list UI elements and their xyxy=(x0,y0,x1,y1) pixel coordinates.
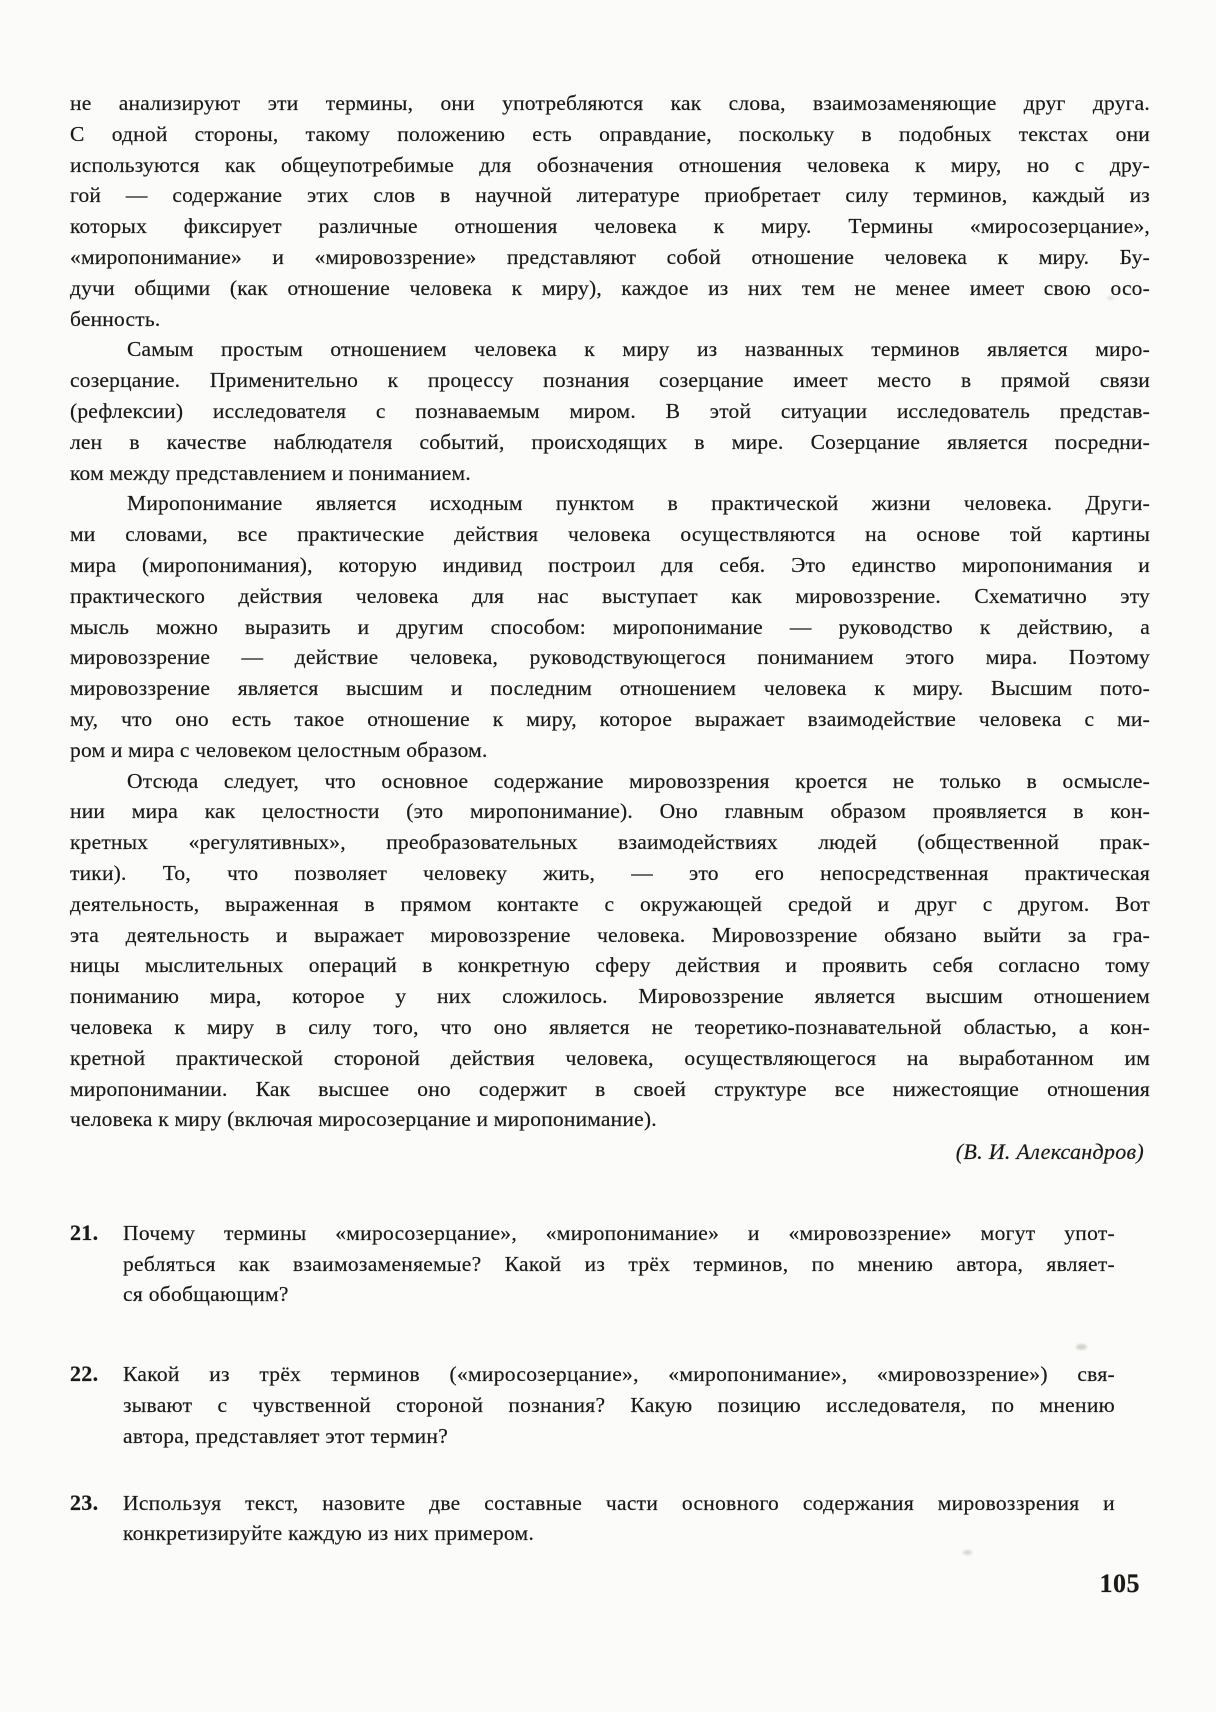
passage-line: Самым простым отношением человека к миру… xyxy=(70,334,1150,365)
passage-line: деятельность, выраженная в прямом контак… xyxy=(70,889,1150,920)
scan-speck xyxy=(1107,296,1114,300)
passage-line: дучи общими (как отношение человека к ми… xyxy=(70,273,1150,304)
passage-author-attribution: (В. И. Александров) xyxy=(70,1137,1150,1168)
scan-speck xyxy=(1076,1344,1087,1350)
passage-line: кретной практической стороной действия ч… xyxy=(70,1043,1150,1074)
question-line: ребляться как взаимозаменяемые? Какой из… xyxy=(123,1249,1115,1280)
passage-line: практического действия человека для нас … xyxy=(70,581,1150,612)
passage-paragraph-3: Миропонимание является исходным пунктом … xyxy=(70,488,1150,765)
question-line: Какой из трёх терминов («миросозерцание»… xyxy=(123,1359,1115,1390)
passage-line: ницы мыслительных операций в конкретную … xyxy=(70,950,1150,981)
passage-line: пониманию мира, которое у них сложилось.… xyxy=(70,981,1150,1012)
passage-line: созерцание. Применительно к процессу поз… xyxy=(70,365,1150,396)
question-line: конкретизируйте каждую из них примером. xyxy=(123,1518,1115,1549)
passage-line: ком между представлением и пониманием. xyxy=(70,458,1150,489)
page-number: 105 xyxy=(70,1569,1150,1599)
passage-paragraph-1: не анализируют эти термины, они употребл… xyxy=(70,88,1150,334)
page-content: не анализируют эти термины, они употребл… xyxy=(70,0,1150,1599)
question-22: 22. Какой из трёх терминов («миросозерца… xyxy=(70,1359,1150,1451)
passage-line: миропонимании. Как высшее оно содержит в… xyxy=(70,1074,1150,1105)
question-line: Почему термины «миросозерцание», «миропо… xyxy=(123,1218,1115,1249)
question-23-text: Используя текст, назовите две составные … xyxy=(123,1488,1115,1550)
passage-paragraph-2: Самым простым отношением человека к миру… xyxy=(70,334,1150,488)
questions-block: 21. Почему термины «миросозерцание», «ми… xyxy=(70,1218,1150,1549)
passage-line: Миропонимание является исходным пунктом … xyxy=(70,488,1150,519)
passage-line: ром и мира с человеком целостным образом… xyxy=(70,735,1150,766)
passage-line: не анализируют эти термины, они употребл… xyxy=(70,88,1150,119)
passage-line: мира (миропонимания), которую индивид по… xyxy=(70,550,1150,581)
passage-line: мысль можно выразить и другим способом: … xyxy=(70,612,1150,643)
question-21-text: Почему термины «миросозерцание», «миропо… xyxy=(123,1218,1115,1310)
passage-line: человека к миру в силу того, что оно явл… xyxy=(70,1012,1150,1043)
passage-line: которых фиксирует различные отношения че… xyxy=(70,211,1150,242)
passage-line: «миропонимание» и «мировоззрение» предст… xyxy=(70,242,1150,273)
question-line: зывают с чувственной стороной познания? … xyxy=(123,1390,1115,1421)
scan-speck xyxy=(963,1550,972,1555)
passage-line: тики). То, что позволяет человеку жить, … xyxy=(70,858,1150,889)
passage-line: используются как общеупотребимые для обо… xyxy=(70,150,1150,181)
book-page: не анализируют эти термины, они употребл… xyxy=(0,0,1216,1712)
passage-line: гой — содержание этих слов в научной лит… xyxy=(70,180,1150,211)
passage-line: ми словами, все практические действия че… xyxy=(70,519,1150,550)
question-23: 23. Используя текст, назовите две состав… xyxy=(70,1488,1150,1550)
question-line: Используя текст, назовите две составные … xyxy=(123,1488,1115,1519)
passage-line: человека к миру (включая миросозерцание … xyxy=(70,1104,1150,1135)
passage-line: эта деятельность и выражает мировоззрени… xyxy=(70,920,1150,951)
question-line: автора, представляет этот термин? xyxy=(123,1421,1115,1452)
passage-line: Отсюда следует, что основное содержание … xyxy=(70,766,1150,797)
question-22-number: 22. xyxy=(70,1359,123,1390)
passage-paragraph-4: Отсюда следует, что основное содержание … xyxy=(70,766,1150,1136)
passage-line: мировоззрение — действие человека, руков… xyxy=(70,642,1150,673)
passage-line: (рефлексии) исследователя с познаваемым … xyxy=(70,396,1150,427)
passage-line: бенность. xyxy=(70,304,1150,335)
question-21: 21. Почему термины «миросозерцание», «ми… xyxy=(70,1218,1150,1310)
question-23-number: 23. xyxy=(70,1488,123,1519)
passage-line: мировоззрение является высшим и последни… xyxy=(70,673,1150,704)
question-line: ся обобщающим? xyxy=(123,1279,1115,1310)
question-21-number: 21. xyxy=(70,1218,123,1249)
passage-line: кретных «регулятивных», преобразовательн… xyxy=(70,827,1150,858)
question-22-text: Какой из трёх терминов («миросозерцание»… xyxy=(123,1359,1115,1451)
passage-line: С одной стороны, такому положению есть о… xyxy=(70,119,1150,150)
passage-line: лен в качестве наблюдателя событий, прои… xyxy=(70,427,1150,458)
passage-line: нии мира как целостности (это миропонима… xyxy=(70,796,1150,827)
passage-line: му, что оно есть такое отношение к миру,… xyxy=(70,704,1150,735)
